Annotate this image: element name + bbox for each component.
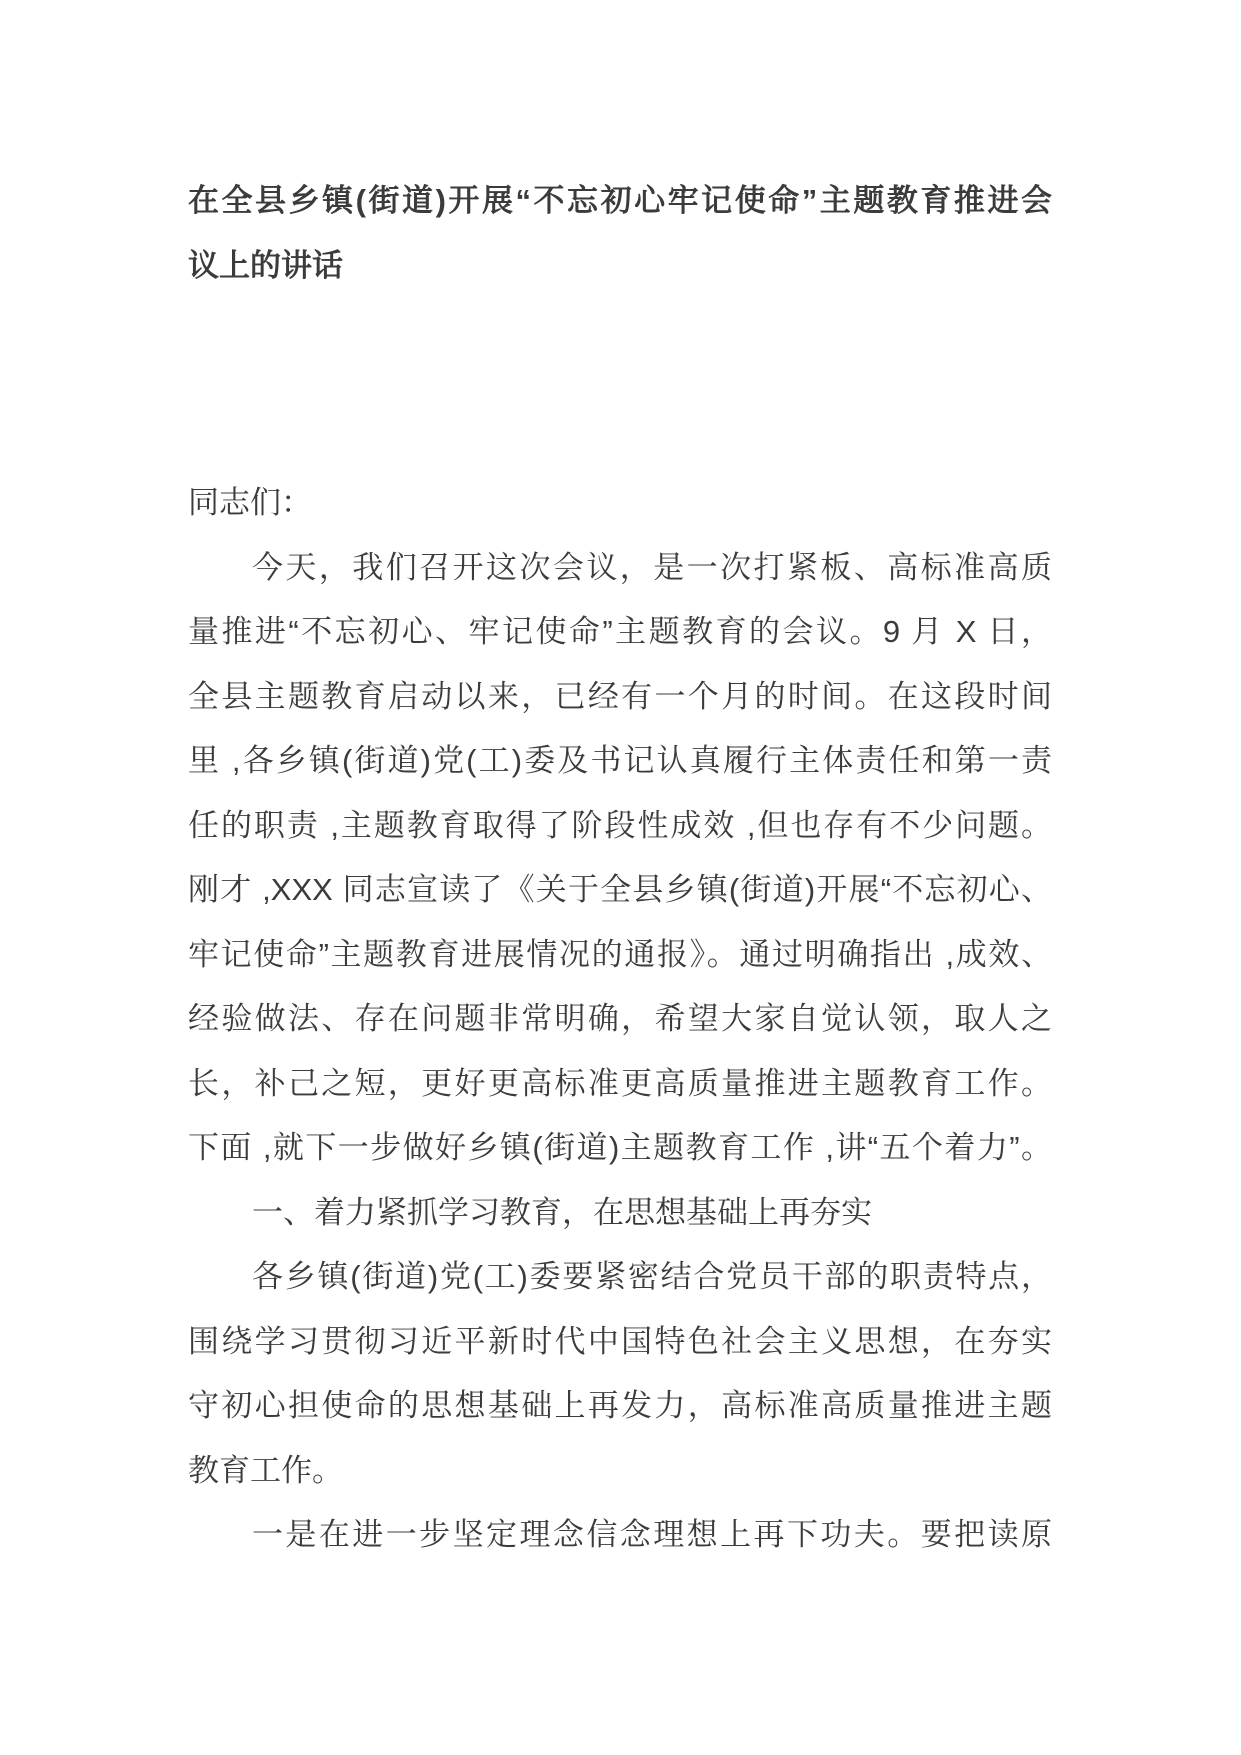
text-line: 教育工作。 — [188, 1439, 1052, 1504]
text-line: 下面 ,就下一步做好乡镇(街道)主题教育工作 ,讲“五个着力”。 — [188, 1116, 1052, 1181]
text-line: 各乡镇(街道)党(工)委要紧密结合党员干部的职责特点， — [188, 1245, 1052, 1310]
paragraph-salutation: 同志们： — [188, 471, 1052, 536]
text-line: 一、着力紧抓学习教育，在思想基础上再夯实 — [188, 1181, 1052, 1246]
title-line: 议上的讲话 — [188, 233, 1052, 298]
title-line: 在全县乡镇(街道)开展“不忘初心牢记使命”主题教育推进会 — [188, 168, 1052, 233]
document-body: 同志们：今天，我们召开这次会议，是一次打紧板、高标准高质量推进“不忘初心、牢记使… — [188, 471, 1052, 1568]
text-line: 经验做法、存在问题非常明确，希望大家自觉认领，取人之 — [188, 987, 1052, 1052]
text-line: 刚才 ,XXX 同志宣读了《关于全县乡镇(街道)开展“不忘初心、 — [188, 858, 1052, 923]
document-page: 在全县乡镇(街道)开展“不忘初心牢记使命”主题教育推进会议上的讲话 同志们：今天… — [0, 0, 1241, 1755]
text-line: 牢记使命”主题教育进展情况的通报》。通过明确指出 ,成效、 — [188, 923, 1052, 988]
paragraph-heading: 一、着力紧抓学习教育，在思想基础上再夯实 — [188, 1181, 1052, 1246]
text-line: 里 ,各乡镇(街道)党(工)委及书记认真履行主体责任和第一责 — [188, 729, 1052, 794]
document-content: 在全县乡镇(街道)开展“不忘初心牢记使命”主题教育推进会议上的讲话 同志们：今天… — [188, 168, 1052, 1568]
text-line: 围绕学习贯彻习近平新时代中国特色社会主义思想，在夯实 — [188, 1310, 1052, 1375]
text-line: 守初心担使命的思想基础上再发力，高标准高质量推进主题 — [188, 1374, 1052, 1439]
text-line: 任的职责 ,主题教育取得了阶段性成效 ,但也存有不少问题。 — [188, 794, 1052, 859]
text-line: 长，补己之短，更好更高标准更高质量推进主题教育工作。 — [188, 1052, 1052, 1117]
text-line: 全县主题教育启动以来，已经有一个月的时间。在这段时间 — [188, 665, 1052, 730]
document-title: 在全县乡镇(街道)开展“不忘初心牢记使命”主题教育推进会议上的讲话 — [188, 168, 1052, 298]
text-line: 一是在进一步坚定理念信念理想上再下功夫。要把读原 — [188, 1503, 1052, 1568]
text-line: 今天，我们召开这次会议，是一次打紧板、高标准高质 — [188, 536, 1052, 601]
text-line: 同志们： — [188, 471, 1052, 536]
paragraph-body: 各乡镇(街道)党(工)委要紧密结合党员干部的职责特点，围绕学习贯彻习近平新时代中… — [188, 1245, 1052, 1503]
paragraph-body: 一是在进一步坚定理念信念理想上再下功夫。要把读原 — [188, 1503, 1052, 1568]
text-line: 量推进“不忘初心、牢记使命”主题教育的会议。9 月 X 日， — [188, 600, 1052, 665]
paragraph-body: 今天，我们召开这次会议，是一次打紧板、高标准高质量推进“不忘初心、牢记使命”主题… — [188, 536, 1052, 1181]
